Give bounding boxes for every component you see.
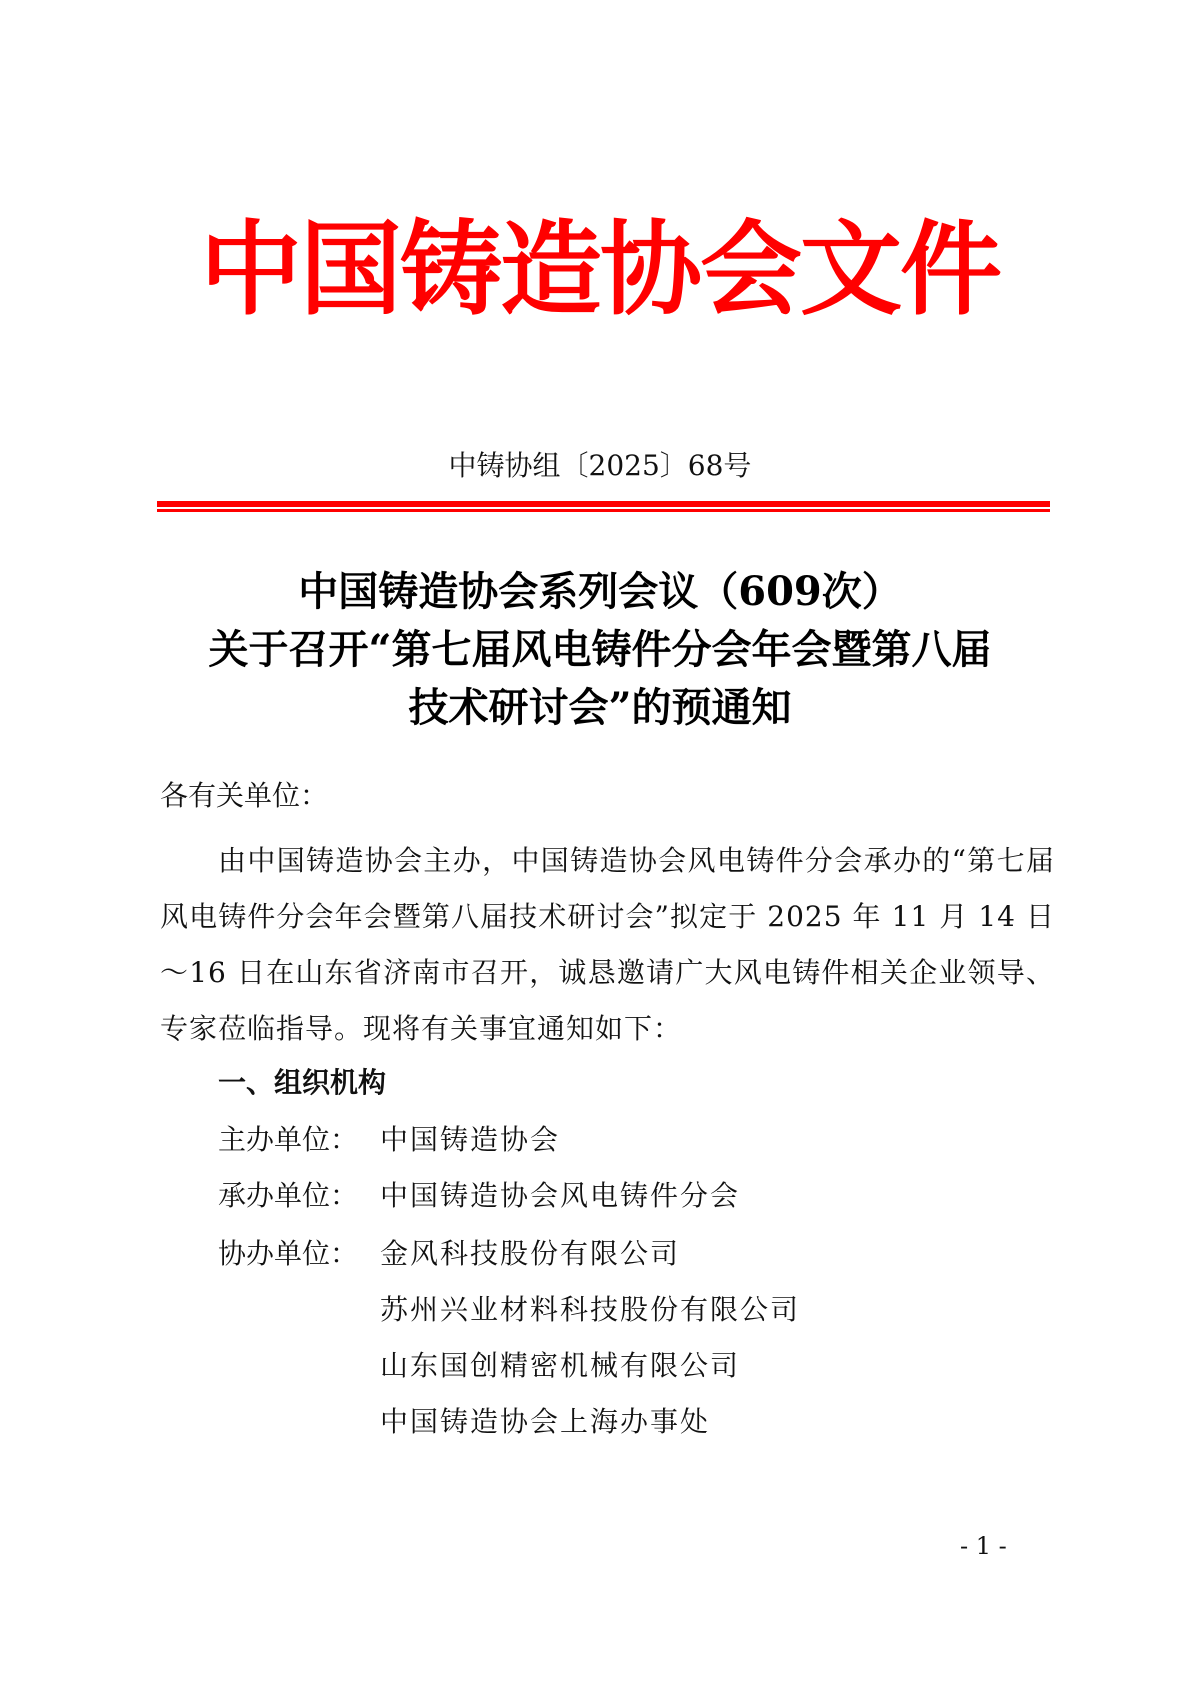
salutation: 各有关单位： <box>160 778 328 814</box>
title-line-1: 中国铸造协会系列会议（609次） <box>150 563 1050 621</box>
host-value: 中国铸造协会 <box>380 1122 560 1158</box>
document-page: 中国铸造协会文件 中铸协组〔2025〕68号 中国铸造协会系列会议（609次） … <box>0 0 1200 1697</box>
co-organizer-1: 金风科技股份有限公司 <box>380 1236 680 1272</box>
host-label: 主办单位： <box>218 1122 380 1158</box>
red-divider-thick <box>157 501 1050 507</box>
co-organizer-row: 协办单位：金风科技股份有限公司 <box>218 1236 680 1272</box>
red-divider-thin <box>157 509 1050 512</box>
co-organizer-2: 苏州兴业材料科技股份有限公司 <box>380 1292 800 1328</box>
host-row: 主办单位：中国铸造协会 <box>218 1122 560 1158</box>
page-number: - 1 - <box>960 1532 1007 1560</box>
title-line-3: 技术研讨会”的预通知 <box>150 679 1050 737</box>
co-organizer-label: 协办单位： <box>218 1236 380 1272</box>
section-heading-organization: 一、组织机构 <box>218 1065 386 1101</box>
masthead-title: 中国铸造协会文件 <box>0 210 1200 330</box>
co-organizer-3: 山东国创精密机械有限公司 <box>380 1348 740 1384</box>
co-organizer-4: 中国铸造协会上海办事处 <box>380 1404 710 1440</box>
document-number: 中铸协组〔2025〕68号 <box>0 448 1200 484</box>
organizer-label: 承办单位： <box>218 1178 380 1214</box>
organizer-row: 承办单位：中国铸造协会风电铸件分会 <box>218 1178 740 1214</box>
intro-paragraph: 由中国铸造协会主办，中国铸造协会风电铸件分会承办的“第七届风电铸件分会年会暨第八… <box>160 833 1055 1057</box>
organizer-value: 中国铸造协会风电铸件分会 <box>380 1178 740 1214</box>
title-line-2: 关于召开“第七届风电铸件分会年会暨第八届 <box>150 621 1050 679</box>
notice-title: 中国铸造协会系列会议（609次） 关于召开“第七届风电铸件分会年会暨第八届 技术… <box>150 563 1050 737</box>
